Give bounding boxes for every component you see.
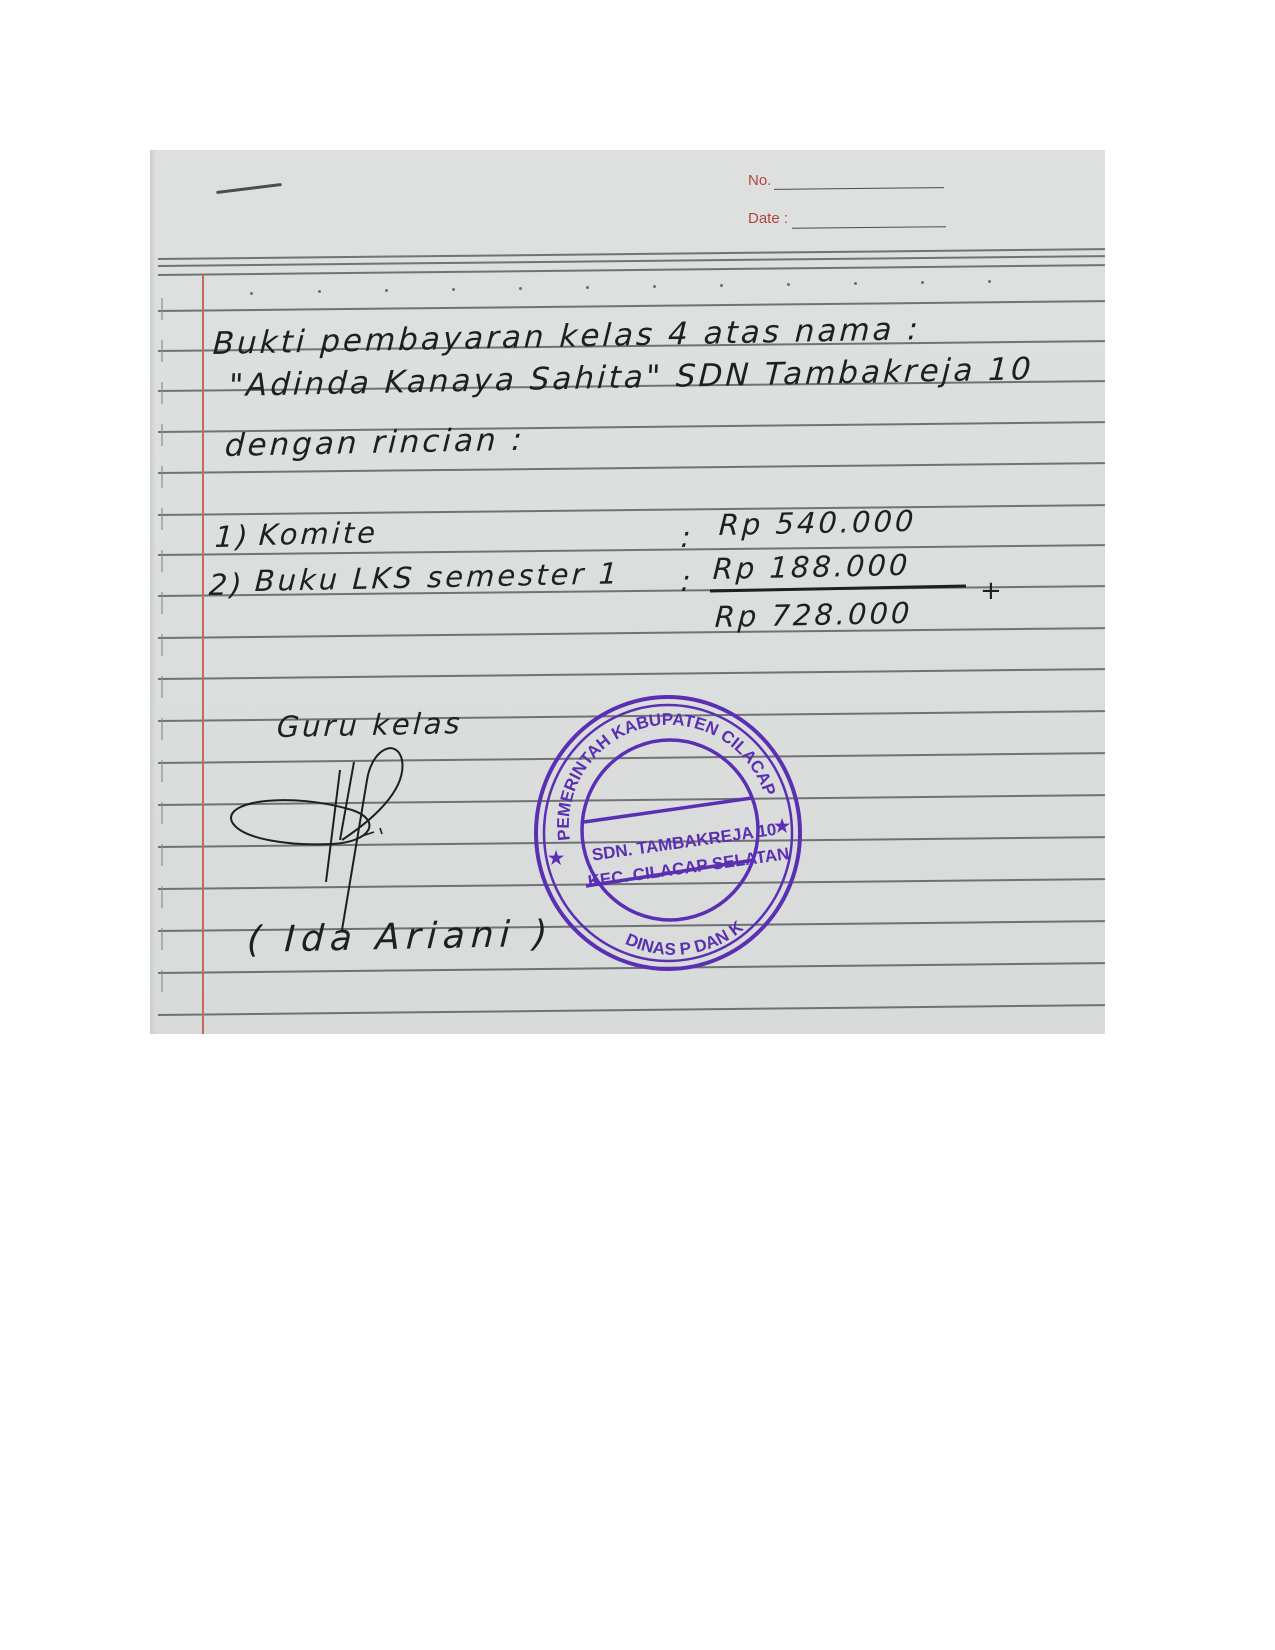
punch-mark [161,634,163,656]
signatory-name: ( Ida Ariani ) [246,914,554,961]
punch-mark [161,298,163,320]
plus-sign: + [980,576,1002,606]
signatory-role: Guru kelas [276,706,464,744]
punch-mark [161,550,163,572]
svg-text:★: ★ [774,816,791,836]
item-separator: : [680,520,694,554]
dot-mark [250,292,253,295]
dot-mark [586,286,589,289]
dot-mark [787,283,790,286]
punch-mark [161,718,163,740]
dot-mark [519,287,522,290]
item-number: 2) [208,567,245,602]
punch-mark [161,466,163,488]
item-separator: : [680,564,694,598]
punch-mark [161,508,163,530]
dot-mark [921,281,924,284]
signature-icon [222,740,442,940]
official-stamp-icon: PEMERINTAH KABUPATEN CILACAP DINAS P DAN… [528,690,808,975]
total-amount: Rp 728.000 [714,596,913,634]
punch-mark [161,382,163,404]
punch-mark [161,928,163,950]
dot-mark [318,290,321,293]
dot-mark [452,288,455,291]
item-number: 1) [214,519,251,554]
punch-mark [161,592,163,614]
punch-mark [161,760,163,782]
body-line-3: dengan rincian : [224,422,526,464]
item-amount: Rp 540.000 [718,504,917,542]
dot-mark [653,285,656,288]
receipt-photo: No. Date : [150,150,1105,1034]
item-amount: Rp 188.000 [712,548,911,586]
dot-mark [720,284,723,287]
punch-mark [161,802,163,824]
svg-text:★: ★ [548,848,565,868]
punch-mark [161,886,163,908]
dot-mark [854,282,857,285]
dot-mark [988,280,991,283]
punch-mark [161,970,163,992]
punch-mark [161,676,163,698]
punch-mark [161,340,163,362]
punch-mark [161,424,163,446]
punch-mark [161,844,163,866]
margin-line [202,275,204,1034]
dot-mark [385,289,388,292]
item-label: Komite [258,515,379,552]
